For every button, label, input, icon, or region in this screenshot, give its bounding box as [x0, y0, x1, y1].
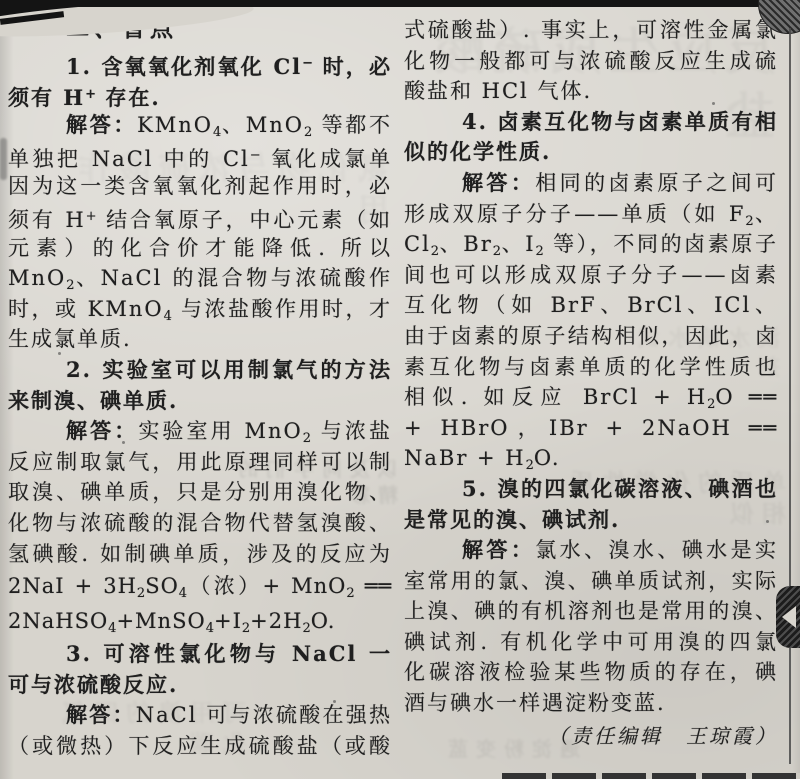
text-run: 2 [302, 621, 310, 636]
text-line: 须有 H+ 结合氧原子，中心元素（如锰 [8, 202, 392, 233]
bold-label: 解答： [66, 702, 136, 727]
text-line: （或微热）下反应生成硫酸盐（或酸 [8, 731, 392, 762]
text-run: 是常见的溴、碘试剂. [404, 507, 620, 532]
text-line: NaBr + H2O. [404, 443, 778, 474]
text-run: 、 [754, 202, 778, 226]
statement-line: 可与浓硫酸反应. [8, 670, 392, 701]
bold-label: 解答： [66, 418, 138, 443]
statement-line: 2. 实验室可以用制氯气的方法 [8, 355, 392, 386]
text-line: 反应制取氯气，用此原理同样可以制 [8, 447, 392, 478]
answer-line: 解答：实验室用 MnO2 与浓盐酸 [8, 416, 392, 447]
text-run: KMnO [137, 113, 213, 137]
text-run: 氢碘酸. 如制碘单质，涉及的反应为 [8, 542, 392, 566]
text-run: 实验室用 MnO [138, 419, 302, 443]
text-run: 时，或 KMnO [8, 297, 164, 321]
text-line: 形成双原子分子——单质（如 F2、 [404, 199, 778, 230]
text-run: 间也可以形成双原子分子——卤素 [404, 263, 778, 287]
text-line: 元素）的化合价才能降低. 所以 [8, 233, 392, 264]
equation-line: 2NaHSO4+MnSO4+I2+2H2O. [8, 604, 392, 639]
answer-line: 解答：KMnO4、MnO2 等都不能 [8, 110, 392, 141]
left-column: 二、盲点1. 含氧氧化剂氧化 Cl− 时，必须有 H+ 存在.解答：KMnO4、… [8, 0, 392, 761]
text-run: 时，必 [313, 54, 392, 79]
editor-credit: （责任编辑 王琼霞） [404, 719, 778, 753]
text-run: 相似. 如反应 BrCl + H [404, 385, 707, 409]
scan-smudge [0, 138, 7, 180]
text-run: 1. 含氧氧化剂氧化 Cl [66, 54, 302, 79]
text-run: 2 [346, 586, 354, 601]
page-edge-line [789, 28, 791, 764]
text-run: （或微热）下反应生成硫酸盐（或酸 [8, 734, 392, 758]
scan-top-band [0, 0, 800, 7]
text-run: 氯水、溴水、碘水是实验 [404, 538, 778, 566]
statement-line: 是常见的溴、碘试剂. [404, 505, 778, 536]
text-line: 上溴、碘的有机溶剂也是常用的溴、 [404, 596, 778, 627]
text-run: 2 [431, 244, 439, 259]
text-line: 化物与浓硫酸的混合物代替氢溴酸、 [8, 508, 392, 539]
text-run: 、I [501, 232, 536, 256]
text-line: 间也可以形成双原子分子——卤素 [404, 260, 778, 291]
text-run: MnO [8, 266, 66, 290]
text-run: 4 [164, 309, 172, 324]
text-run: 2 [493, 244, 501, 259]
text-run: 式硫酸盐）. 事实上，可溶性金属氯 [404, 18, 778, 42]
text-line: 相似. 如反应 BrCl + H2O ══ HCl [404, 382, 778, 413]
text-run: 化物一般都可与浓硫酸反应生成硫 [404, 49, 778, 73]
text-line: 式硫酸盐）. 事实上，可溶性金属氯 [404, 15, 778, 46]
text-run: 2 [66, 278, 74, 293]
text-run: 生成氯单质. [8, 327, 132, 351]
statement-line: 5. 溴的四氯化碳溶液、碘酒也 [404, 474, 778, 505]
text-run: 2 [137, 586, 145, 601]
text-run: 2 [303, 431, 311, 446]
left-triangle-icon [782, 606, 796, 628]
text-run: O. [534, 446, 561, 470]
text-line: 互化物（如 BrF、BrCl、ICl、ClF 等）. [404, 290, 778, 321]
text-run: +MnSO [116, 609, 205, 633]
text-run: NaBr + H [404, 446, 526, 470]
text-run: 取溴、碘单质，只是分别用溴化物、碘 [8, 480, 392, 508]
text-run: 、Br [439, 232, 493, 256]
scanned-page: 反应生成硫酸盐氯化物与浓硫酸作用以及同学们的精彩单质的化学性质相似溴水碘水试剂可… [0, 0, 800, 779]
text-run: + [86, 209, 97, 224]
statement-line: 4. 卤素互化物与卤素单质有相 [404, 107, 778, 138]
text-line: 素互化物与卤素单质的化学性质也 [404, 352, 778, 383]
text-run: 4. 卤素互化物与卤素单质有相 [462, 109, 778, 134]
statement-line: 3. 可溶性氯化物与 NaCl 一样 [8, 639, 392, 670]
text-line: 单独把 NaCl 中的 Cl− 氧化成氯单质， [8, 141, 392, 172]
bold-label: 解答： [66, 112, 137, 137]
text-run: − [250, 148, 261, 163]
text-run: +2H [250, 609, 302, 633]
text-run: 单独把 NaCl 中的 Cl [8, 147, 250, 171]
text-run: 由于卤素的原子结构相似，因此，卤 [404, 324, 778, 348]
bold-label: 解答： [462, 537, 535, 562]
text-line: 因为这一类含氧氧化剂起作用时，必 [8, 171, 392, 202]
text-run: 2 [304, 125, 312, 140]
text-run: 4 [179, 586, 187, 601]
text-run: 形成双原子分子——单质（如 F [404, 202, 745, 226]
text-run: 室常用的氯、溴、碘单质试剂，实际 [404, 569, 778, 593]
text-run: 因为这一类含氧氧化剂起作用时，必 [8, 174, 392, 198]
text-run: Cl [404, 232, 431, 256]
equation-line: 2NaI + 3H2SO4（浓）+ MnO2 ══ [8, 569, 392, 604]
text-run: 2NaHSO [8, 609, 108, 633]
text-run: 化物与浓硫酸的混合物代替氢溴酸、 [8, 511, 392, 535]
statement-line: 似的化学性质. [404, 137, 778, 168]
text-line: Cl2、Br2、I2 等），不同的卤素原子之 [404, 229, 778, 260]
statement-line: 1. 含氧氧化剂氧化 Cl− 时，必 [8, 49, 392, 80]
text-line: 生成氯单质. [8, 324, 392, 355]
text-line: + HBrO，IBr + 2NaOH ══ NaIO + [404, 413, 778, 444]
scan-bottom-band [502, 773, 800, 779]
left-arrow-ornament [776, 586, 800, 648]
text-run: 2 [242, 621, 250, 636]
text-line: 时，或 KMnO4 与浓盐酸作用时，才都 [8, 294, 392, 325]
text-run: 2 [745, 214, 753, 229]
text-run: SO [145, 574, 179, 598]
right-column: 式硫酸盐）. 事实上，可溶性金属氯化物一般都可与浓硫酸反应生成硫酸盐和 HCl … [404, 0, 778, 753]
text-line: 碘试剂. 有机化学中可用溴的四氯 [404, 627, 778, 658]
text-run: 、MnO [221, 113, 304, 137]
text-run: O. [311, 609, 336, 633]
text-run: 2 [526, 458, 534, 473]
text-line: 由于卤素的原子结构相似，因此，卤 [404, 321, 778, 352]
answer-line: 解答：相同的卤素原子之间可 [404, 168, 778, 199]
answer-line: 解答：氯水、溴水、碘水是实验 [404, 535, 778, 566]
text-run: 来制溴、碘单质. [8, 388, 178, 413]
text-run: + HBrO，IBr + 2NaOH ══ NaIO + [404, 416, 778, 444]
text-run: 酸盐和 HCl 气体. [404, 79, 592, 103]
text-line: 化物一般都可与浓硫酸反应生成硫 [404, 46, 778, 77]
text-run: + [85, 87, 96, 102]
text-run: − [302, 56, 313, 71]
text-run: ══ [355, 574, 392, 598]
text-line: 取溴、碘单质，只是分别用溴化物、碘 [8, 477, 392, 508]
text-run: 4 [206, 621, 214, 636]
text-run: +I [214, 609, 242, 633]
text-run: （浓）+ MnO [187, 574, 346, 598]
text-run: （责任编辑 王琼霞） [548, 724, 778, 748]
statement-line: 须有 H+ 存在. [8, 80, 392, 111]
text-run: 碘试剂. 有机化学中可用溴的四氯 [404, 630, 778, 654]
text-run: 5. 溴的四氯化碳溶液、碘酒也 [462, 476, 778, 501]
text-run: NaCl 可与浓硫酸在强热 [136, 703, 392, 727]
text-run: 2 [536, 244, 544, 259]
answer-line: 解答：NaCl 可与浓硫酸在强热 [8, 700, 392, 731]
text-line: MnO2、NaCl 的混合物与浓硫酸作用 [8, 263, 392, 294]
text-run: 可与浓硫酸反应. [8, 672, 178, 697]
text-run: 反应制取氯气，用此原理同样可以制 [8, 450, 392, 474]
text-run: 存在. [96, 85, 161, 110]
text-run: 似的化学性质. [404, 139, 551, 164]
text-run: 相同的卤素原子之间可 [535, 171, 778, 195]
text-line: 化碳溶液检验某些物质的存在，碘 [404, 657, 778, 688]
text-run: 2NaI + 3H [8, 574, 137, 598]
text-run: 素互化物与卤素单质的化学性质也 [404, 355, 778, 379]
bold-label: 解答： [462, 170, 535, 195]
text-run: 互化物（如 BrF、BrCl、ICl、ClF 等）. [404, 293, 778, 321]
text-line: 室常用的氯、溴、碘单质试剂，实际 [404, 566, 778, 597]
text-line: 酒与碘水一样遇淀粉变蓝. [404, 688, 778, 719]
text-run: 2. 实验室可以用制氯气的方法 [66, 357, 392, 382]
statement-line: 来制溴、碘单质. [8, 386, 392, 417]
text-run: 须有 H [8, 85, 85, 110]
text-run: 上溴、碘的有机溶剂也是常用的溴、 [404, 599, 778, 623]
text-run: 须有 H [8, 208, 86, 232]
text-run: 化碳溶液检验某些物质的存在，碘 [404, 660, 778, 684]
text-run: 酒与碘水一样遇淀粉变蓝. [404, 691, 666, 715]
text-line: 氢碘酸. 如制碘单质，涉及的反应为 [8, 539, 392, 570]
text-run: 3. 可溶性氯化物与 NaCl 一样 [8, 641, 392, 670]
text-run: 元素）的化合价才能降低. 所以 [8, 236, 392, 260]
text-line: 酸盐和 HCl 气体. [404, 76, 778, 107]
